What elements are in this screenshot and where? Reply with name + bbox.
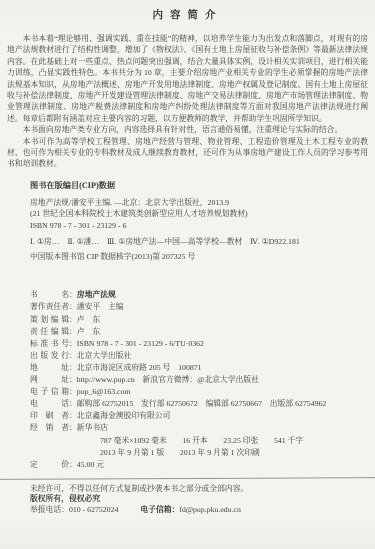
book-info-label: 标准书号 — [30, 338, 69, 350]
book-info-value: 787 毫米×1092 毫米 16 开本 23.25 印张 541 千字 — [30, 436, 303, 445]
book-info-value: 邮购部 62752015 发行部 62750672 编辑部 62750667 出… — [77, 399, 327, 408]
intro-paragraph: 本书本着“理论够用、强调实践、重在技能”的精神，以培养学生能力为出发点和落脚点，… — [7, 33, 368, 124]
report-email-label: 电子信箱： — [140, 505, 179, 514]
book-info-row-address: 地址：北京市海淀区成府路 205 号 100871 — [30, 362, 368, 374]
label-colon: ： — [69, 326, 77, 338]
label-colon: ： — [69, 314, 77, 326]
cip-series-line: (21 世纪全国本科院校土木建筑类创新型应用人才培养规划教材) — [30, 208, 368, 220]
book-info-label: 网址 — [30, 374, 69, 386]
report-email-value: fd@pup.pku.edu.cn — [179, 505, 241, 514]
book-info-label: 著作责任者 — [30, 301, 69, 313]
book-info-label: 经销者 — [30, 422, 69, 434]
book-info-row-website: 网址：http://www.pup.cn 新浪官方微博：@北京大学出版社 — [30, 374, 368, 386]
book-info-label: 责任编辑 — [30, 326, 69, 338]
book-info-value: 新华书店 — [77, 423, 108, 432]
report-phone-value: 010 - 62752024 — [69, 505, 118, 514]
book-info-row-phone: 电话：邮购部 62752015 发行部 62750672 编辑部 6275066… — [30, 398, 368, 410]
label-colon: ： — [69, 289, 77, 301]
book-info-value: 卢 东 — [77, 327, 100, 336]
book-info-value: 2013 年 9 月第 1 版 2013 年 9 月第 1 次印刷 — [30, 448, 260, 457]
label-colon: ： — [69, 301, 77, 313]
label-colon: ： — [69, 422, 77, 434]
book-info-value: 卢 东 — [77, 315, 100, 324]
book-info-row-format: 787 毫米×1092 毫米 16 开本 23.25 印张 541 千字 — [30, 435, 368, 447]
cip-title-line: 房地产法规/潘安平主编. —北京：北京大学出版社，2013.9 — [30, 197, 368, 209]
label-colon: ： — [69, 386, 77, 398]
report-contact-line: 举报电话：010 - 62752024电子信箱：fd@pup.pku.edu.c… — [30, 505, 368, 515]
divider-rule — [0, 477, 375, 480]
book-info-row-planning-editor: 策划编辑：卢 东 — [30, 314, 368, 326]
book-copyright-page: 内容简介 本书本着“理论够用、强调实践、重在技能”的精神，以培养学生能力为出发点… — [0, 0, 375, 549]
label-colon: ： — [69, 338, 77, 350]
cip-record-line: 中国版本图书馆 CIP 数据核字(2013)第 207325 号 — [30, 251, 368, 263]
book-info-value: ISBN 978 - 7 - 301 - 23129 - 6/TU·0362 — [77, 339, 204, 348]
book-info-label: 书名 — [30, 289, 69, 301]
book-info-value: 北京大学出版社 — [77, 351, 132, 360]
book-info-value: http://www.pup.cn 新浪官方微博：@北京大学出版社 — [77, 375, 259, 384]
intro-paragraph: 本书面向房地产类专业方向，内容选择具有针对性，语言通俗易懂，注重理论与实际的结合… — [7, 124, 368, 135]
footer-section: 未经许可，不得以任何方式复制或抄袭本书之部分或全部内容。 版权所有，侵权必究 举… — [7, 484, 368, 515]
book-info-label: 电话 — [30, 398, 69, 410]
copyright-notice: 未经许可，不得以任何方式复制或抄袭本书之部分或全部内容。 — [30, 484, 368, 494]
book-info-row-email: 电子信箱：pup_6@163.com — [30, 386, 368, 398]
book-info-value: 北京市海淀区成府路 205 号 100871 — [77, 363, 202, 372]
book-info-row-author: 著作责任者：潘安平 主编 — [30, 301, 368, 313]
intro-section: 本书本着“理论够用、强调实践、重在技能”的精神，以培养学生能力为出发点和落脚点，… — [7, 33, 368, 170]
book-info-row-publisher: 出版发行：北京大学出版社 — [30, 350, 368, 362]
book-info-value: 潘安平 主编 — [77, 302, 124, 311]
book-info-value: 45.00 元 — [77, 460, 104, 469]
cip-heading: 图书在版编目(CIP)数据 — [30, 180, 368, 191]
rights-statement: 版权所有，侵权必究 — [30, 494, 368, 504]
book-info-label: 电子信箱 — [30, 386, 69, 398]
report-phone-label: 举报电话： — [30, 505, 69, 514]
cip-isbn-line: ISBN 978 - 7 - 301 - 23129 - 6 — [30, 220, 368, 232]
label-colon: ： — [69, 350, 77, 362]
label-colon: ： — [69, 374, 77, 386]
book-info-section: 书名：房地产法规 著作责任者：潘安平 主编 策划编辑：卢 东 责任编辑：卢 东 … — [7, 289, 368, 470]
book-info-label: 印刷者 — [30, 410, 69, 422]
book-info-row-edition: 2013 年 9 月第 1 版 2013 年 9 月第 1 次印刷 — [30, 447, 368, 459]
cip-classification-line: Ⅰ. ①房… Ⅱ. ①潘… Ⅲ. ①房地产法—中国—高等学校—教材 Ⅳ. ①D9… — [30, 236, 368, 248]
book-info-value: 北京鑫海金澳胶印有限公司 — [77, 411, 171, 420]
label-colon: ： — [69, 362, 77, 374]
book-info-value: pup_6@163.com — [77, 387, 131, 396]
book-info-row-isbn: 标准书号：ISBN 978 - 7 - 301 - 23129 - 6/TU·0… — [30, 338, 368, 350]
label-colon: ： — [69, 398, 77, 410]
book-info-label: 定价 — [30, 459, 69, 471]
intro-paragraph: 本书可作为高等学校工程管理、房地产经营与管理、物业管理、工程造价管理及土木工程专… — [7, 136, 368, 170]
cip-section: 图书在版编目(CIP)数据 房地产法规/潘安平主编. —北京：北京大学出版社，2… — [7, 180, 368, 263]
book-info-row-distributor: 经销者：新华书店 — [30, 422, 368, 434]
book-info-row-title: 书名：房地产法规 — [30, 289, 368, 301]
book-info-label: 出版发行 — [30, 350, 69, 362]
book-info-value: 房地产法规 — [77, 290, 116, 299]
book-info-label: 策划编辑 — [30, 314, 69, 326]
intro-title: 内容简介 — [7, 7, 368, 22]
label-colon: ： — [69, 410, 77, 422]
label-colon: ： — [69, 459, 77, 471]
book-info-row-responsible-editor: 责任编辑：卢 东 — [30, 326, 368, 338]
book-info-row-price: 定价：45.00 元 — [30, 459, 368, 471]
book-info-label: 地址 — [30, 362, 69, 374]
book-info-row-printer: 印刷者：北京鑫海金澳胶印有限公司 — [30, 410, 368, 422]
